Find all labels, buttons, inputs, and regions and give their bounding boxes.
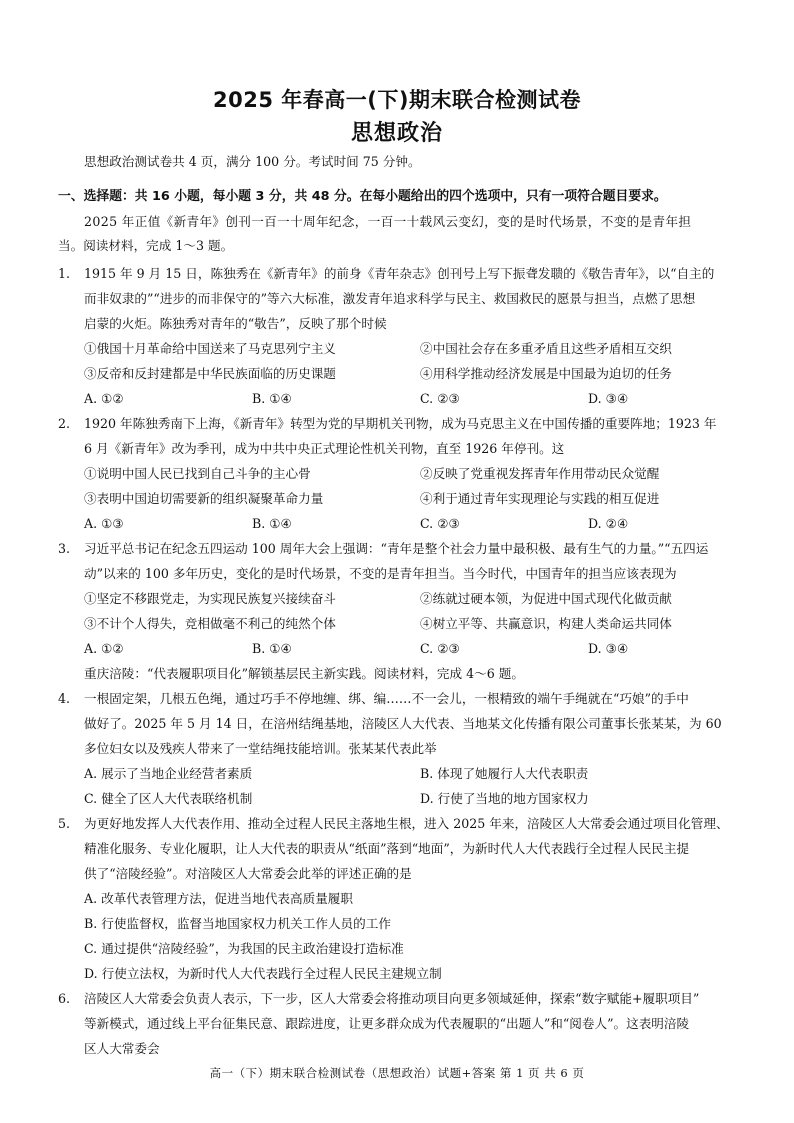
page-footer: 高一（下）期末联合检测试卷（思想政治）试题+答案 第 1 页 共 6 页 — [0, 1065, 794, 1081]
question-3-statement-4: ④树立平等、共赢意识，构建人类命运共同体 — [420, 616, 672, 632]
question-2-stem-2: 6 月《新青年》改为季刊，成为中共中央正式理论性机关刊物，直至 1926 年停刊… — [84, 441, 564, 457]
question-2-option-a: A. ①③ — [84, 516, 124, 532]
question-2-option-b: B. ①④ — [252, 516, 292, 532]
exam-subject: 思想政治 — [0, 116, 794, 147]
question-4-stem-2: 做好了。2025 年 5 月 14 日，在涪州结绳基地，涪陵区人大代表、当地某文… — [84, 716, 722, 732]
question-5-option-a: A. 改革代表管理方法，促进当地代表高质量履职 — [84, 891, 353, 907]
question-1-statement-4: ④用科学推动经济发展是中国最为迫切的任务 — [420, 366, 672, 382]
question-5-stem-1: 为更好地发挥人大代表作用、推动全过程人民民主落地生根，进入 2025 年来，涪陵… — [84, 816, 729, 832]
question-6-stem-3: 区人大常委会 — [84, 1041, 160, 1057]
question-1-statement-1: ①俄国十月革命给中国送来了马克思列宁主义 — [84, 341, 336, 357]
material-1-line-1: 2025 年正值《新青年》创刊一百一十周年纪念，一百一十载风云变幻，变的是时代场… — [84, 214, 691, 230]
question-4-stem-3: 多位妇女以及残疾人带来了一堂结绳技能培训。张某某代表此举 — [84, 741, 437, 757]
question-2-option-c: C. ②③ — [420, 516, 460, 532]
question-3-statement-3: ③不计个人得失，竞相做毫不利己的纯然个体 — [84, 616, 336, 632]
material-1-line-2: 当。阅读材料，完成 1～3 题。 — [58, 238, 233, 254]
question-2-statement-3: ③表明中国迫切需要新的组织凝聚革命力量 — [84, 491, 323, 507]
question-5-option-d: D. 行使立法权，为新时代人大代表践行全过程人民民主建规立制 — [84, 966, 442, 982]
question-4-option-b: B. 体现了她履行人大代表职责 — [420, 766, 588, 782]
question-1-statement-2: ②中国社会存在多重矛盾且这些矛盾相互交织 — [420, 341, 672, 357]
question-1-option-b: B. ①④ — [252, 391, 292, 407]
question-2-statement-4: ④利于通过青年实现理论与实践的相互促进 — [420, 491, 659, 507]
question-1-option-d: D. ③④ — [588, 391, 628, 407]
exam-intro: 思想政治测试卷共 4 页，满分 100 分。考试时间 75 分钟。 — [84, 154, 421, 170]
section-heading: 一、选择题：共 16 小题，每小题 3 分，共 48 分。在每小题给出的四个选项… — [58, 189, 667, 205]
question-2-option-d: D. ②④ — [588, 516, 628, 532]
question-1-statement-3: ③反帝和反封建都是中华民族面临的历史课题 — [84, 366, 336, 382]
question-2-stem-1: 1920 年陈独秀南下上海，《新青年》转型为党的早期机关刊物，成为马克思主义在中… — [84, 416, 717, 432]
question-4-stem-1: 一根固定架，几根五色绳，通过巧手不停地缠、绑、编……不一会儿，一根精致的端午手绳… — [84, 691, 689, 707]
question-1-option-c: C. ②③ — [420, 391, 460, 407]
question-6-stem-1: 涪陵区人大常委会负责人表示，下一步，区人大常委会将推动项目向更多领域延伸，探索“… — [84, 991, 699, 1007]
question-3-statement-1: ①坚定不移跟党走，为实现民族复兴接续奋斗 — [84, 591, 336, 607]
question-1-option-a: A. ①② — [84, 391, 124, 407]
question-5-option-b: B. 行使监督权，监督当地国家权力机关工作人员的工作 — [84, 916, 391, 932]
question-5-stem-2: 精准化服务、专业化履职，让人大代表的职责从“纸面”落到“地面”，为新时代人大代表… — [84, 841, 689, 857]
exam-title: 2025 年春高一(下)期末联合检测试卷 — [0, 84, 794, 114]
question-1-stem-3: 启蒙的火炬。陈独秀对青年的“敬告”，反映了那个时候 — [84, 316, 387, 332]
material-2-line: 重庆涪陵：“代表履职项目化”解锁基层民主新实践。阅读材料，完成 4～6 题。 — [84, 666, 524, 682]
question-3-option-d: D. ③④ — [588, 641, 628, 657]
question-2-statement-1: ①说明中国人民已找到自己斗争的主心骨 — [84, 466, 311, 482]
question-2-number: 2. — [58, 416, 70, 432]
question-4-number: 4. — [58, 691, 70, 707]
question-5-stem-3: 供了“涪陵经验”。对涪陵区人大常委会此举的评述正确的是 — [84, 866, 412, 882]
question-4-option-a: A. 展示了当地企业经营者素质 — [84, 766, 252, 782]
question-1-number: 1. — [58, 266, 70, 282]
question-1-stem-1: 1915 年 9 月 15 日，陈独秀在《新青年》的前身《青年杂志》创刊号上写下… — [84, 266, 714, 282]
question-2-statement-2: ②反映了党重视发挥青年作用带动民众觉醒 — [420, 466, 659, 482]
question-4-option-d: D. 行使了当地的地方国家权力 — [420, 791, 589, 807]
question-3-stem-1: 习近平总书记在纪念五四运动 100 周年大会上强调：“青年是整个社会力量中最积极… — [84, 541, 708, 557]
exam-page: 2025 年春高一(下)期末联合检测试卷 思想政治 思想政治测试卷共 4 页，满… — [0, 0, 794, 1123]
question-5-number: 5. — [58, 816, 70, 832]
question-3-option-c: C. ②③ — [420, 641, 460, 657]
question-3-stem-2: 动”以来的 100 多年历史，变化的是时代场景，不变的是青年担当。当今时代，中国… — [84, 566, 677, 582]
question-6-stem-2: 等新模式，通过线上平台征集民意、跟踪进度，让更多群众成为代表履职的“出题人”和“… — [84, 1016, 689, 1032]
question-3-number: 3. — [58, 541, 70, 557]
question-3-option-a: A. ①② — [84, 641, 124, 657]
question-3-option-b: B. ①④ — [252, 641, 292, 657]
question-3-statement-2: ②练就过硬本领，为促进中国式现代化做贡献 — [420, 591, 672, 607]
question-4-option-c: C. 健全了区人大代表联络机制 — [84, 791, 252, 807]
question-6-number: 6. — [58, 991, 70, 1007]
question-5-option-c: C. 通过提供“涪陵经验”，为我国的民主政治建设打造标准 — [84, 941, 404, 957]
question-1-stem-2: 而非奴隶的”“进步的而非保守的”等六大标准，激发青年追求科学与民主、救国救民的愿… — [84, 291, 695, 307]
